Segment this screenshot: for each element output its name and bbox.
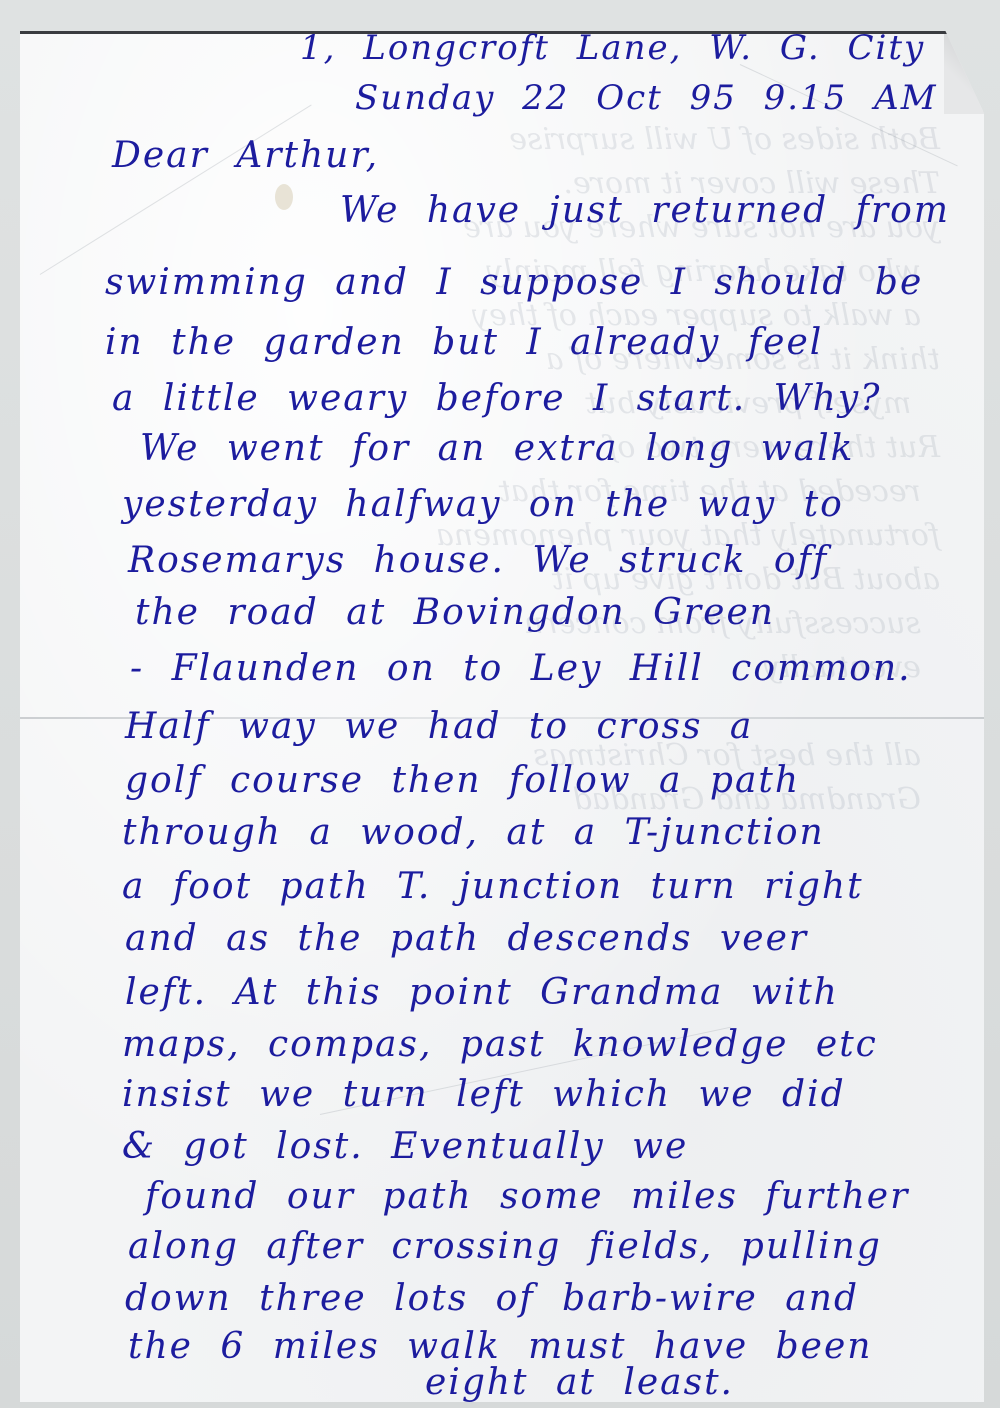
sender-address: 1, Longcroft Lane, W. G. City [300,28,925,68]
body-line: & got lost. Eventually we [122,1126,688,1167]
body-line: insist we turn left which we did [122,1074,846,1115]
body-line: found our path some miles further [145,1176,909,1217]
body-line: golf course then follow a path [125,760,800,801]
salutation: Dear Arthur, [112,135,379,176]
body-line: eight at least. [425,1362,734,1403]
body-line: maps, compas, past knowledge etc [122,1024,878,1065]
body-line: Rosemarys house. We struck off [128,540,828,581]
body-line: a little weary before I start. Why? [112,378,881,419]
body-line: along after crossing fields, pulling [128,1226,882,1267]
body-line: in the garden but I already feel [105,322,823,363]
body-line: down three lots of barb-wire and [125,1278,859,1319]
body-line: the road at Bovingdon Green [135,592,775,633]
body-line: Half way we had to cross a [125,706,753,747]
body-line: swimming and I suppose I should be [105,262,923,303]
letter-date: Sunday 22 Oct 95 9.15 AM [355,78,938,118]
body-line: a foot path T. junction turn right [122,866,864,907]
letter-content: 1, Longcroft Lane, W. G. City Sunday 22 … [0,0,1000,1408]
body-line: left. At this point Grandma with [125,972,839,1013]
body-line: and as the path descends veer [125,918,808,959]
body-line: We have just returned from [340,190,950,231]
body-line: yesterday halfway on the way to [122,484,844,525]
body-line: through a wood, at a T-junction [122,812,825,853]
body-line: - Flaunden on to Ley Hill common. [130,648,912,689]
body-line: the 6 miles walk must have been [128,1326,872,1367]
body-line: We went for an extra long walk [140,428,854,469]
